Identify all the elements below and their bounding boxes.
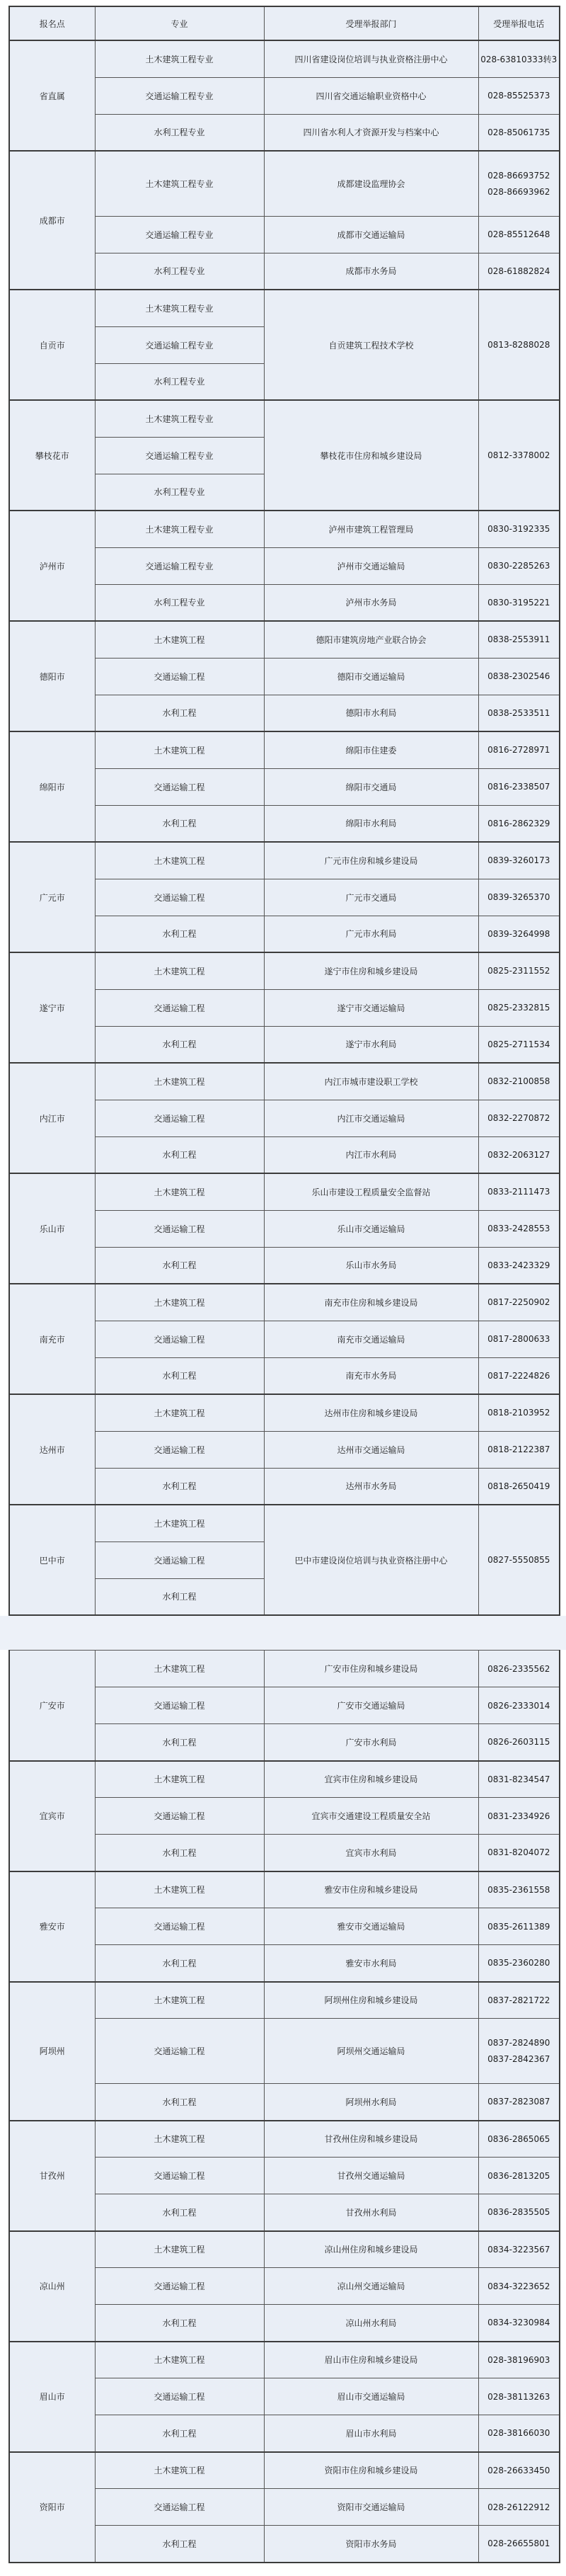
dept-cell: 甘孜州交通运输局 [264, 2158, 478, 2194]
dept-cell: 泸州市水务局 [264, 584, 478, 621]
phone-cell: 0826-2333014 [478, 1687, 560, 1724]
city-cell: 成都市 [9, 151, 95, 290]
phone-cell: 0836-2813205 [478, 2158, 560, 2194]
dept-cell: 广安市水利局 [264, 1724, 478, 1761]
phone-cell: 0830-3195221 [478, 584, 560, 621]
dept-cell: 广元市交通局 [264, 879, 478, 916]
major-cell: 土木建筑工程 [95, 2342, 264, 2378]
phone-cell: 0827-5550855 [478, 1505, 560, 1615]
phone-cell: 0825-2332815 [478, 989, 560, 1026]
dept-cell: 资阳市交通运输局 [264, 2489, 478, 2526]
major-cell: 水利工程专业 [95, 114, 264, 151]
phone-cell: 0835-2360280 [478, 1945, 560, 1982]
phone-cell: 0837-28248900837-2842367 [478, 2019, 560, 2084]
major-cell: 交通运输工程 [95, 1100, 264, 1136]
city-cell: 德阳市 [9, 621, 95, 731]
major-cell: 交通运输工程 [95, 2489, 264, 2526]
city-cell: 攀枝花市 [9, 400, 95, 511]
dept-cell: 凉山州住房和城乡建设局 [264, 2231, 478, 2268]
phone-line: 028-86693752 [479, 171, 560, 181]
major-cell: 交通运输工程 [95, 1431, 264, 1468]
dept-cell: 广元市住房和城乡建设局 [264, 842, 478, 879]
phone-cell: 0839-3264998 [478, 916, 560, 952]
phone-cell: 0817-2800633 [478, 1321, 560, 1357]
dept-cell: 南充市水务局 [264, 1357, 478, 1394]
city-cell: 乐山市 [9, 1173, 95, 1284]
phone-cell: 028-85525373 [478, 77, 560, 114]
dept-cell: 资阳市住房和城乡建设局 [264, 2452, 478, 2489]
dept-cell: 德阳市建筑房地产业联合协会 [264, 621, 478, 658]
major-cell: 交通运输工程 [95, 658, 264, 695]
dept-cell: 成都建设监理协会 [264, 151, 478, 216]
phone-cell: 0839-3265370 [478, 879, 560, 916]
major-cell: 交通运输工程 [95, 2019, 264, 2084]
phone-cell: 028-63810333转3 [478, 40, 560, 77]
major-cell: 土木建筑工程 [95, 2231, 264, 2268]
phone-cell: 028-85061735 [478, 114, 560, 151]
major-cell: 土木建筑工程专业 [95, 511, 264, 547]
dept-cell: 内江市城市建设职工学校 [264, 1063, 478, 1100]
major-cell: 交通运输工程 [95, 2378, 264, 2415]
major-cell: 交通运输工程专业 [95, 77, 264, 114]
city-cell: 内江市 [9, 1063, 95, 1173]
major-cell: 交通运输工程 [95, 1210, 264, 1247]
dept-cell: 凉山州水利局 [264, 2305, 478, 2342]
phone-cell: 028-61882824 [478, 253, 560, 290]
major-cell: 交通运输工程 [95, 989, 264, 1026]
dept-cell: 宜宾市交通建设工程质量安全站 [264, 1798, 478, 1835]
dept-cell: 雅安市交通运输局 [264, 1908, 478, 1945]
phone-cell: 028-38196903 [478, 2342, 560, 2378]
major-cell: 水利工程 [95, 2526, 264, 2563]
dept-cell: 甘孜州水利局 [264, 2194, 478, 2231]
city-cell: 广元市 [9, 842, 95, 952]
major-cell: 交通运输工程专业 [95, 437, 264, 474]
phone-cell: 0834-3223567 [478, 2231, 560, 2268]
city-cell: 南充市 [9, 1284, 95, 1394]
phone-cell: 0837-2821722 [478, 1982, 560, 2019]
major-cell: 交通运输工程 [95, 1798, 264, 1835]
dept-cell: 遂宁市交通运输局 [264, 989, 478, 1026]
header-signup-point: 报名点 [9, 6, 95, 40]
phone-cell: 0832-2270872 [478, 1100, 560, 1136]
registration-table-block-2: 广安市土木建筑工程广安市住房和城乡建设局0826-2335562 交通运输工程广… [8, 1650, 560, 2563]
dept-cell: 眉山市水利局 [264, 2415, 478, 2452]
phone-cell: 0817-2224826 [478, 1357, 560, 1394]
major-cell: 水利工程 [95, 2194, 264, 2231]
phone-line: 0837-2842367 [479, 2054, 560, 2064]
major-cell: 交通运输工程 [95, 1541, 264, 1578]
city-cell: 宜宾市 [9, 1761, 95, 1871]
phone-cell: 0826-2603115 [478, 1724, 560, 1761]
phone-cell: 028-38113263 [478, 2378, 560, 2415]
dept-cell: 宜宾市住房和城乡建设局 [264, 1761, 478, 1798]
major-cell: 交通运输工程 [95, 1908, 264, 1945]
phone-cell: 0835-2611389 [478, 1908, 560, 1945]
dept-cell: 雅安市水利局 [264, 1945, 478, 1982]
phone-line: 0837-2824890 [479, 2038, 560, 2048]
city-cell: 阿坝州 [9, 1982, 95, 2121]
major-cell: 水利工程 [95, 2415, 264, 2452]
dept-cell: 自贡建筑工程技术学校 [264, 290, 478, 400]
phone-cell: 028-26655801 [478, 2526, 560, 2563]
dept-cell: 遂宁市水利局 [264, 1026, 478, 1063]
dept-cell: 眉山市住房和城乡建设局 [264, 2342, 478, 2378]
phone-cell: 0838-2302546 [478, 658, 560, 695]
city-cell: 绵阳市 [9, 731, 95, 842]
phone-cell: 0826-2335562 [478, 1651, 560, 1687]
major-cell: 交通运输工程 [95, 1687, 264, 1724]
major-cell: 交通运输工程 [95, 879, 264, 916]
phone-cell: 0831-8234547 [478, 1761, 560, 1798]
phone-cell: 0816-2338507 [478, 768, 560, 805]
phone-cell: 0817-2250902 [478, 1284, 560, 1321]
major-cell: 交通运输工程专业 [95, 547, 264, 584]
major-cell: 土木建筑工程专业 [95, 40, 264, 77]
major-cell: 水利工程 [95, 2084, 264, 2121]
major-cell: 土木建筑工程专业 [95, 400, 264, 437]
dept-cell: 阿坝州交通运输局 [264, 2019, 478, 2084]
phone-cell: 0816-2862329 [478, 805, 560, 842]
dept-cell: 泸州市交通运输局 [264, 547, 478, 584]
phone-cell: 0833-2423329 [478, 1247, 560, 1284]
major-cell: 交通运输工程 [95, 768, 264, 805]
dept-cell: 阿坝州住房和城乡建设局 [264, 1982, 478, 2019]
major-cell: 土木建筑工程 [95, 621, 264, 658]
dept-cell: 巴中市建设岗位培训与执业资格注册中心 [264, 1505, 478, 1615]
major-cell: 水利工程专业 [95, 253, 264, 290]
major-cell: 水利工程 [95, 1247, 264, 1284]
dept-cell: 南充市住房和城乡建设局 [264, 1284, 478, 1321]
major-cell: 交通运输工程专业 [95, 216, 264, 253]
dept-cell: 阿坝州水利局 [264, 2084, 478, 2121]
major-cell: 交通运输工程 [95, 1321, 264, 1357]
dept-cell: 南充市交通运输局 [264, 1321, 478, 1357]
phone-cell: 0832-2063127 [478, 1136, 560, 1173]
phone-cell: 0825-2711534 [478, 1026, 560, 1063]
major-cell: 水利工程 [95, 2305, 264, 2342]
major-cell: 水利工程 [95, 916, 264, 952]
phone-cell: 0825-2311552 [478, 952, 560, 989]
dept-cell: 凉山州交通运输局 [264, 2268, 478, 2305]
dept-cell: 乐山市交通运输局 [264, 1210, 478, 1247]
dept-cell: 绵阳市住建委 [264, 731, 478, 768]
phone-cell: 0831-2334926 [478, 1798, 560, 1835]
major-cell: 土木建筑工程 [95, 1063, 264, 1100]
dept-cell: 雅安市住房和城乡建设局 [264, 1871, 478, 1908]
major-cell: 水利工程 [95, 1136, 264, 1173]
dept-cell: 资阳市水务局 [264, 2526, 478, 2563]
city-cell: 巴中市 [9, 1505, 95, 1615]
major-cell: 土木建筑工程 [95, 1982, 264, 2019]
dept-cell: 达州市住房和城乡建设局 [264, 1394, 478, 1431]
dept-cell: 广安市交通运输局 [264, 1687, 478, 1724]
registration-table-block-1: 报名点 专业 受理举报部门 受理举报电话 省直属土木建筑工程专业四川省建设岗位培… [8, 6, 560, 1616]
city-cell: 达州市 [9, 1394, 95, 1505]
city-cell: 泸州市 [9, 511, 95, 621]
document-page: 报名点 专业 受理举报部门 受理举报电话 省直属土木建筑工程专业四川省建设岗位培… [0, 0, 566, 2576]
major-cell: 土木建筑工程 [95, 1505, 264, 1541]
phone-cell: 0835-2361558 [478, 1871, 560, 1908]
phone-cell: 0830-2285263 [478, 547, 560, 584]
header-major: 专业 [95, 6, 264, 40]
major-cell: 土木建筑工程专业 [95, 151, 264, 216]
major-cell: 水利工程专业 [95, 474, 264, 511]
major-cell: 土木建筑工程 [95, 2452, 264, 2489]
major-cell: 土木建筑工程专业 [95, 290, 264, 326]
major-cell: 水利工程 [95, 1724, 264, 1761]
dept-cell: 广安市住房和城乡建设局 [264, 1651, 478, 1687]
dept-cell: 达州市交通运输局 [264, 1431, 478, 1468]
major-cell: 水利工程专业 [95, 584, 264, 621]
major-cell: 水利工程 [95, 1945, 264, 1982]
major-cell: 土木建筑工程 [95, 842, 264, 879]
dept-cell: 广元市水利局 [264, 916, 478, 952]
dept-cell: 内江市水利局 [264, 1136, 478, 1173]
dept-cell: 四川省水利人才资源开发与档案中心 [264, 114, 478, 151]
dept-cell: 绵阳市交通局 [264, 768, 478, 805]
dept-cell: 德阳市交通运输局 [264, 658, 478, 695]
major-cell: 交通运输工程专业 [95, 326, 264, 363]
phone-cell: 0818-2103952 [478, 1394, 560, 1431]
major-cell: 水利工程 [95, 1026, 264, 1063]
major-cell: 土木建筑工程 [95, 1871, 264, 1908]
phone-line: 028-86693962 [479, 187, 560, 197]
table-gap [0, 1616, 566, 1650]
dept-cell: 乐山市水务局 [264, 1247, 478, 1284]
phone-cell: 0834-3223652 [478, 2268, 560, 2305]
phone-cell: 0813-8288028 [478, 290, 560, 400]
major-cell: 土木建筑工程 [95, 1761, 264, 1798]
major-cell: 交通运输工程 [95, 2158, 264, 2194]
dept-cell: 甘孜州住房和城乡建设局 [264, 2121, 478, 2158]
dept-cell: 乐山市建设工程质量安全监督站 [264, 1173, 478, 1210]
major-cell: 土木建筑工程 [95, 1173, 264, 1210]
phone-cell: 028-86693752028-86693962 [478, 151, 560, 216]
major-cell: 水利工程专业 [95, 363, 264, 400]
phone-cell: 0818-2122387 [478, 1431, 560, 1468]
dept-cell: 成都市水务局 [264, 253, 478, 290]
city-cell: 广安市 [9, 1651, 95, 1761]
phone-cell: 0837-2823087 [478, 2084, 560, 2121]
city-cell: 眉山市 [9, 2342, 95, 2452]
major-cell: 土木建筑工程 [95, 1284, 264, 1321]
phone-cell: 0818-2650419 [478, 1468, 560, 1505]
city-cell: 资阳市 [9, 2452, 95, 2563]
phone-cell: 0836-2835505 [478, 2194, 560, 2231]
major-cell: 水利工程 [95, 1835, 264, 1871]
dept-cell: 绵阳市水利局 [264, 805, 478, 842]
city-cell: 省直属 [9, 40, 95, 151]
city-cell: 凉山州 [9, 2231, 95, 2342]
dept-cell: 成都市交通运输局 [264, 216, 478, 253]
phone-cell: 028-26122912 [478, 2489, 560, 2526]
major-cell: 水利工程 [95, 1578, 264, 1615]
dept-cell: 遂宁市住房和城乡建设局 [264, 952, 478, 989]
phone-cell: 0830-3192335 [478, 511, 560, 547]
major-cell: 水利工程 [95, 805, 264, 842]
city-cell: 遂宁市 [9, 952, 95, 1063]
phone-cell: 0834-3230984 [478, 2305, 560, 2342]
major-cell: 水利工程 [95, 695, 264, 731]
phone-cell: 0833-2428553 [478, 1210, 560, 1247]
major-cell: 土木建筑工程 [95, 1394, 264, 1431]
major-cell: 土木建筑工程 [95, 2121, 264, 2158]
city-cell: 雅安市 [9, 1871, 95, 1982]
phone-cell: 0838-2553911 [478, 621, 560, 658]
dept-cell: 攀枝花市住房和城乡建设局 [264, 400, 478, 511]
dept-cell: 眉山市交通运输局 [264, 2378, 478, 2415]
phone-cell: 0816-2728971 [478, 731, 560, 768]
city-cell: 自贡市 [9, 290, 95, 400]
phone-cell: 0839-3260173 [478, 842, 560, 879]
phone-cell: 0833-2111473 [478, 1173, 560, 1210]
major-cell: 水利工程 [95, 1357, 264, 1394]
major-cell: 土木建筑工程 [95, 731, 264, 768]
phone-cell: 028-26633450 [478, 2452, 560, 2489]
dept-cell: 达州市水务局 [264, 1468, 478, 1505]
city-cell: 甘孜州 [9, 2121, 95, 2231]
major-cell: 交通运输工程 [95, 2268, 264, 2305]
dept-cell: 德阳市水利局 [264, 695, 478, 731]
dept-cell: 四川省交通运输职业资格中心 [264, 77, 478, 114]
major-cell: 水利工程 [95, 1468, 264, 1505]
phone-cell: 0836-2865065 [478, 2121, 560, 2158]
major-cell: 土木建筑工程 [95, 952, 264, 989]
phone-cell: 0812-3378002 [478, 400, 560, 511]
header-department: 受理举报部门 [264, 6, 478, 40]
phone-cell: 0838-2533511 [478, 695, 560, 731]
phone-cell: 0831-8204072 [478, 1835, 560, 1871]
dept-cell: 宜宾市水利局 [264, 1835, 478, 1871]
phone-cell: 0832-2100858 [478, 1063, 560, 1100]
dept-cell: 泸州市建筑工程管理局 [264, 511, 478, 547]
dept-cell: 四川省建设岗位培训与执业资格注册中心 [264, 40, 478, 77]
major-cell: 土木建筑工程 [95, 1651, 264, 1687]
phone-cell: 028-38166030 [478, 2415, 560, 2452]
phone-cell: 028-85512648 [478, 216, 560, 253]
header-phone: 受理举报电话 [478, 6, 560, 40]
dept-cell: 内江市交通运输局 [264, 1100, 478, 1136]
